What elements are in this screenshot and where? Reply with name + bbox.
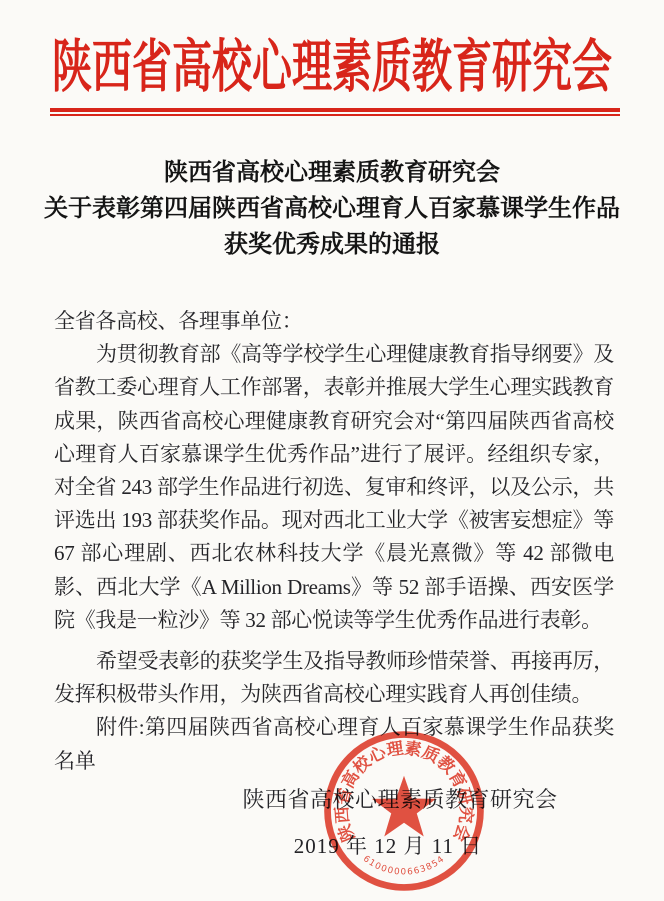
paragraph-1: 为贯彻教育部《高等学校学生心理健康教育指导纲要》及省教工委心理育人工作部署，表彰…	[54, 338, 614, 637]
divider-thick-line	[50, 108, 620, 112]
title-line-2: 关于表彰第四届陕西省高校心理育人百家慕课学生作品	[20, 191, 644, 227]
signature-date: 2019 年 12 月 11 日	[188, 830, 588, 860]
document-body: 全省各高校、各理事单位： 为贯彻教育部《高等学校学生心理健康教育指导纲要》及省教…	[54, 305, 614, 778]
title-line-3: 获奖优秀成果的通报	[20, 227, 644, 263]
divider-thin-line	[50, 114, 620, 116]
letterhead-divider	[50, 108, 620, 116]
attachment-line: 附件:第四届陕西省高校心理育人百家慕课学生作品获奖名单	[54, 711, 614, 777]
signature-block: 陕西省高校心理素质教育研究会 2019 年 12 月 11 日	[200, 785, 600, 860]
signature-org-name: 陕西省高校心理素质教育研究会	[200, 785, 600, 815]
salutation: 全省各高校、各理事单位：	[54, 305, 614, 338]
paragraph-2: 希望受表彰的获奖学生及指导教师珍惜荣誉、再接再厉，发挥积极带头作用，为陕西省高校…	[54, 645, 614, 711]
document-title: 陕西省高校心理素质教育研究会 关于表彰第四届陕西省高校心理育人百家慕课学生作品 …	[20, 155, 644, 263]
document-page: 陕西省高校心理素质教育研究会 陕西省高校心理素质教育研究会 关于表彰第四届陕西省…	[0, 0, 664, 901]
red-letterhead-title: 陕西省高校心理素质教育研究会	[0, 22, 664, 103]
title-line-1: 陕西省高校心理素质教育研究会	[20, 155, 644, 191]
